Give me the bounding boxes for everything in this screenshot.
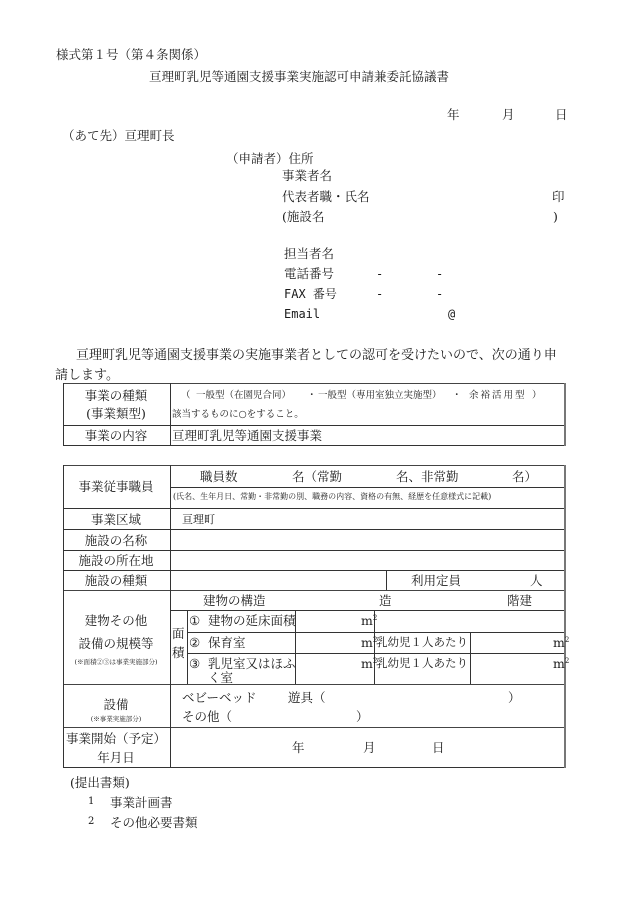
fax-dash-1: - xyxy=(376,288,383,300)
business-content-value[interactable]: 亘理町乳児等通園支援事業 xyxy=(172,430,322,443)
nursery-per-child-unit[interactable]: m2 xyxy=(553,637,569,650)
staff-count-unit-total[interactable]: 名（常勤 xyxy=(292,471,342,484)
total-floor-area-label: 建物の延床面積 xyxy=(208,615,296,628)
type-close-paren: ） xyxy=(532,391,542,401)
date-month[interactable]: 月 xyxy=(502,109,515,122)
baby-bed-option[interactable]: ベビーベッド xyxy=(182,692,257,705)
facility-name-close: ) xyxy=(553,211,558,224)
toys-close: ） xyxy=(508,692,521,705)
infant-per-child-unit[interactable]: m2 xyxy=(553,658,569,671)
date-year[interactable]: 年 xyxy=(447,109,460,122)
equipment-note: (※事業実施部分) xyxy=(91,716,142,723)
type-dot-1: ・ xyxy=(307,391,317,401)
structure-unit[interactable]: 造 xyxy=(379,595,392,608)
attachments-heading: (提出書類) xyxy=(70,777,130,790)
form-number: 様式第１号（第４条関係） xyxy=(56,49,206,62)
facility-address-label: 施設の所在地 xyxy=(78,555,153,568)
type-note: 該当するものに○をすること。 xyxy=(172,410,304,420)
facility-name-label: 施設の名称 xyxy=(85,535,148,548)
row1-num: ① xyxy=(189,615,200,628)
email-label: Email xyxy=(284,308,320,320)
start-date-label-1: 事業開始（予定） xyxy=(66,733,166,746)
area-side-label-2: 積 xyxy=(172,647,185,660)
staff-label: 事業従事職員 xyxy=(78,481,153,494)
building-label-1: 建物その他 xyxy=(85,615,148,628)
attachment-item-1: 事業計画書 xyxy=(110,797,173,810)
staff-note: (氏名、生年月日、常勤・非常勤の別、職務の内容、資格の有無、経歴を任意様式に記載… xyxy=(173,493,491,501)
seal-mark: 印 xyxy=(552,191,565,204)
document-title: 亘理町乳児等通園支援事業実施認可申請兼委託協議書 xyxy=(149,71,449,84)
start-date-month[interactable]: 月 xyxy=(363,742,376,755)
attachment-num-2: 2 xyxy=(88,817,94,827)
intro-line-2: 請します。 xyxy=(55,369,119,382)
floors-unit[interactable]: 階建 xyxy=(507,595,532,608)
infant-room-label-a: 乳児室又はほふ xyxy=(208,658,296,671)
business-content-label: 事業の内容 xyxy=(85,430,148,443)
area-side-label-1: 面 xyxy=(172,628,185,641)
staff-count-label: 職員数 xyxy=(200,471,238,484)
fax-dash-2: - xyxy=(436,288,443,300)
type-dot-2: ・ xyxy=(452,391,462,401)
phone-dash-2: - xyxy=(436,268,443,280)
representative-label: 代表者職・氏名 xyxy=(282,191,370,204)
staff-count-unit-fulltime[interactable]: 名、非常勤 xyxy=(396,471,459,484)
email-at: @ xyxy=(448,308,455,320)
building-note: (※面積②③は事業実施部分) xyxy=(74,659,157,666)
infant-room-label-b: く室 xyxy=(208,672,233,685)
type-option-general-joint[interactable]: 一般型（在園児合同） xyxy=(196,391,291,401)
row2-num: ② xyxy=(189,637,200,650)
nursery-room-label: 保育室 xyxy=(208,637,246,650)
start-date-label-2: 年月日 xyxy=(97,752,135,765)
row3-num: ③ xyxy=(189,658,200,671)
type-option-general-dedicated[interactable]: 一般型（専用室独立実施型） xyxy=(318,391,442,401)
start-date-day[interactable]: 日 xyxy=(432,742,445,755)
start-date-year[interactable]: 年 xyxy=(292,742,305,755)
facility-type-label: 施設の種類 xyxy=(85,575,148,588)
infant-per-child-label: 乳幼児１人あたり xyxy=(376,658,468,670)
staff-count-unit-parttime[interactable]: 名） xyxy=(512,471,537,484)
business-type-label: 事業の種類 xyxy=(85,390,148,403)
business-name-label: 事業者名 xyxy=(282,170,332,183)
capacity-unit[interactable]: 人 xyxy=(530,575,543,588)
service-area-value[interactable]: 亘理町 xyxy=(182,514,215,525)
other-open: その他（ xyxy=(182,711,232,724)
attachment-num-1: 1 xyxy=(88,797,94,807)
facility-name-open: (施設名 xyxy=(282,211,324,224)
fax-label: FAX 番号 xyxy=(284,288,337,300)
intro-line-1: 亘理町乳児等通園支援事業の実施事業者としての認可を受けたいので、次の通り申 xyxy=(76,349,557,362)
building-label-2: 設備の規模等 xyxy=(78,638,153,651)
toys-open: 遊具（ xyxy=(288,692,326,705)
other-close: ） xyxy=(356,711,369,724)
service-area-label: 事業区域 xyxy=(91,514,141,527)
business-category-label: (事業類型) xyxy=(86,408,146,421)
type-open-paren: （ xyxy=(181,391,191,401)
nursery-per-child-label: 乳幼児１人あたり xyxy=(376,637,468,649)
type-option-surplus[interactable]: 余裕活用型 xyxy=(469,391,527,401)
phone-dash-1: - xyxy=(376,268,383,280)
nursery-room-unit[interactable]: m2 xyxy=(361,637,377,650)
capacity-label: 利用定員 xyxy=(411,575,461,588)
addressee: （あて先）亘理町長 xyxy=(62,130,175,143)
phone-label: 電話番号 xyxy=(284,268,334,281)
applicant-address-label: （申請者）住所 xyxy=(226,153,314,166)
infant-room-unit[interactable]: m2 xyxy=(361,658,377,671)
attachment-item-2: その他必要書類 xyxy=(110,817,198,830)
date-day[interactable]: 日 xyxy=(555,109,568,122)
contact-person-label: 担当者名 xyxy=(284,248,334,261)
structure-label: 建物の構造 xyxy=(203,595,266,608)
equipment-label: 設備 xyxy=(103,699,128,712)
total-floor-area-unit[interactable]: m2 xyxy=(361,615,377,628)
